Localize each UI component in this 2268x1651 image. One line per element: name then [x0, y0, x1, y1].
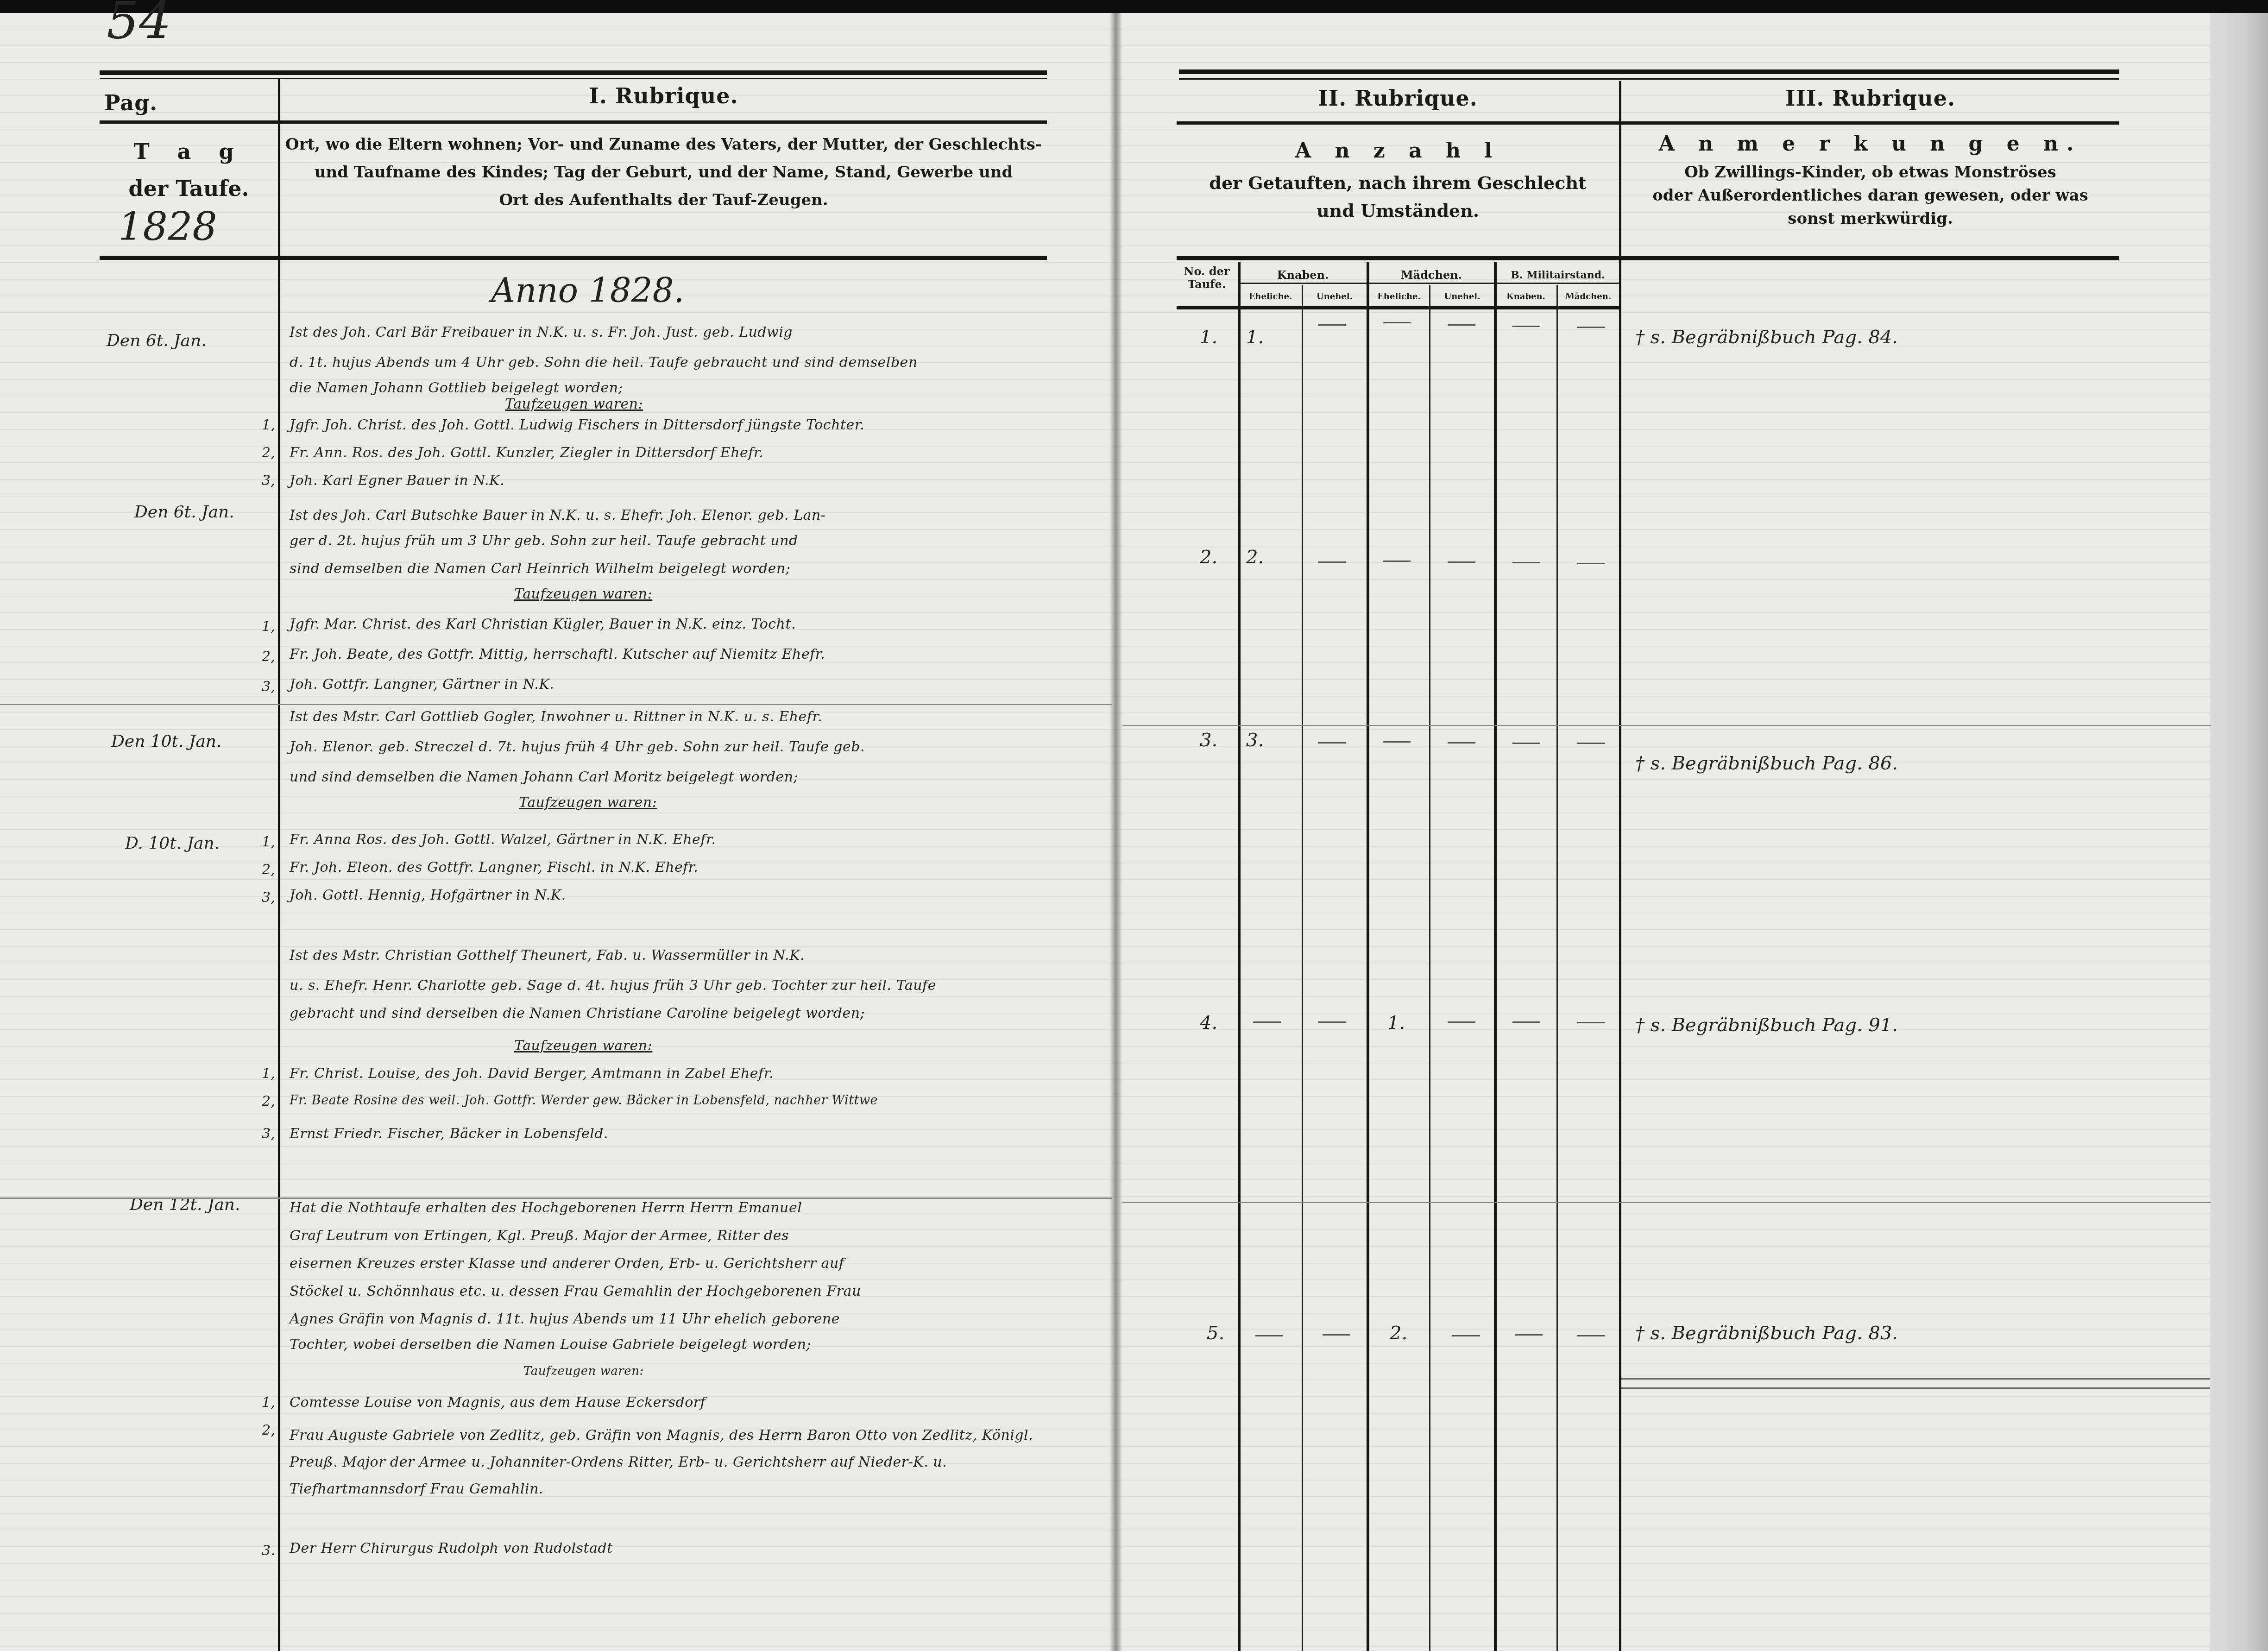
header-top-rule-thin	[100, 78, 1047, 79]
rubrique-1-desc-line1: Ort, wo die Eltern wohnen; Vor- und Zuna…	[280, 132, 1047, 157]
empty-dash	[1318, 561, 1346, 563]
rubrique-2-desc-line1: A n z a h l	[1177, 139, 1619, 163]
header-bottom-rule	[100, 256, 1047, 260]
witness-text: Fr. Anna Ros. des Joh. Gottl. Walzel, Gä…	[290, 832, 716, 848]
entry-text-line: ger d. 2t. hujus früh um 3 Uhr geb. Sohn…	[290, 533, 798, 549]
witness-number: 3,	[262, 473, 276, 489]
witness-number: 2,	[262, 649, 276, 665]
rubrique-2-title: II. Rubrique.	[1177, 86, 1619, 111]
entry-text-line: gebracht und sind derselben die Namen Ch…	[290, 1005, 865, 1021]
empty-dash	[1577, 327, 1605, 328]
empty-dash	[1323, 1334, 1350, 1336]
rubrique-1-desc-line2: und Taufname des Kindes; Tag der Geburt,…	[280, 160, 1047, 185]
empty-dash	[1448, 561, 1475, 563]
witness-heading: Taufzeugen waren:	[514, 1038, 652, 1054]
entry-text-line: und sind demselben die Namen Johann Carl…	[290, 769, 798, 785]
empty-dash	[1318, 742, 1346, 744]
rubrique-2-desc-line2: der Getauften, nach ihrem Geschlecht	[1177, 170, 1619, 195]
witness-text: Comtesse Louise von Magnis, aus dem Haus…	[290, 1394, 706, 1411]
row-separator	[1621, 1378, 2210, 1380]
row-separator	[1621, 1387, 2210, 1389]
witness-number: 2,	[262, 445, 276, 461]
rubrique-3-desc-line4: sonst merkwürdig.	[1621, 206, 2119, 231]
subheader-rule	[1239, 283, 1619, 284]
empty-dash	[1515, 1334, 1543, 1336]
empty-dash	[1512, 562, 1540, 563]
book-gutter	[1109, 13, 1122, 1651]
baptism-number: 2.	[1200, 547, 1217, 568]
rubrique-3-desc-line2: Ob Zwillings-Kinder, ob etwas Monströses	[1621, 160, 2119, 185]
row-separator	[1122, 725, 2211, 726]
entry-text-line: eisernen Kreuzes erster Klasse und ander…	[290, 1255, 844, 1272]
empty-dash	[1318, 324, 1346, 326]
maedchen-eheliche-count: 2.	[1390, 1323, 1407, 1344]
empty-dash	[1253, 1021, 1281, 1023]
col-divider	[1367, 262, 1369, 1651]
remark: † s. Begräbnißbuch Pag. 84.	[1635, 327, 1898, 348]
remark: † s. Begräbnißbuch Pag. 91.	[1635, 1015, 1898, 1036]
col-maedchen: Mädchen.	[1369, 269, 1494, 282]
empty-dash	[1512, 1021, 1540, 1023]
count-header-bottom-rule	[1177, 306, 1619, 309]
witness-number: 3,	[262, 1126, 276, 1142]
row-separator	[0, 1197, 1112, 1199]
witness-heading: Taufzeugen waren:	[523, 1364, 644, 1378]
anno-heading: Anno 1828.	[491, 271, 684, 310]
col-divider	[1238, 262, 1241, 1651]
witness-text: Joh. Gottfr. Langner, Gärtner in N.K.	[290, 676, 554, 693]
col-mil-knaben: Knaben.	[1495, 292, 1556, 302]
col-knaben: Knaben.	[1239, 269, 1367, 282]
baptism-number: 4.	[1200, 1012, 1217, 1033]
empty-dash	[1512, 326, 1540, 327]
empty-dash	[1255, 1335, 1283, 1336]
row-separator	[0, 704, 1112, 705]
header-bottom-rule	[1177, 256, 2119, 260]
der-taufe-label: der Taufe.	[100, 176, 278, 201]
empty-dash	[1512, 743, 1540, 744]
col-knaben-eheliche: Eheliche.	[1239, 292, 1302, 302]
witness-number: 2,	[262, 862, 276, 878]
remark: † s. Begräbnißbuch Pag. 83.	[1635, 1323, 1898, 1344]
witness-number: 3,	[262, 889, 276, 906]
witness-text: Jgfr. Mar. Christ. des Karl Christian Kü…	[290, 616, 796, 632]
entry-text-line: Joh. Elenor. geb. Streczel d. 7t. hujus …	[290, 739, 865, 755]
baptism-number: 5.	[1207, 1323, 1224, 1344]
rubrique-1-desc-line3: Ort des Aufenthalts der Tauf-Zeugen.	[280, 188, 1047, 213]
page-edge	[2210, 13, 2268, 1651]
entry-text-line: Hat die Nothtaufe erhalten des Hochgebor…	[290, 1200, 802, 1216]
empty-dash	[1318, 1021, 1346, 1023]
entry-date: Den 10t. Jan.	[111, 732, 221, 751]
entry-text-line: Ist des Joh. Carl Bär Freibauer in N.K. …	[290, 324, 793, 340]
witness-text: Fr. Christ. Louise, des Joh. David Berge…	[290, 1065, 774, 1082]
entry-text-line: sind demselben die Namen Carl Heinrich W…	[290, 561, 790, 577]
empty-dash	[1452, 1335, 1480, 1336]
witness-text: Fr. Ann. Ros. des Joh. Gottl. Kunzler, Z…	[290, 445, 764, 461]
entry-text-line: Agnes Gräfin von Magnis d. 11t. hujus Ab…	[290, 1311, 840, 1327]
empty-dash	[1383, 741, 1411, 743]
entry-date: Den 6t. Jan.	[134, 503, 234, 522]
entry-date: D. 10t. Jan.	[125, 834, 220, 853]
col-mil-maedchen: Mädchen.	[1557, 292, 1619, 302]
witness-number: 3.	[262, 1543, 276, 1559]
entry-text-line: d. 1t. hujus Abends um 4 Uhr geb. Sohn d…	[290, 354, 918, 371]
witness-text: Fr. Beate Rosine des weil. Joh. Gottfr. …	[290, 1093, 878, 1108]
witness-text: Der Herr Chirurgus Rudolph von Rudolstad…	[290, 1540, 613, 1556]
pag-header: Pag.	[100, 90, 283, 115]
page-number: 54	[107, 0, 171, 50]
entry-date: Den 6t. Jan.	[107, 331, 207, 350]
col-divider	[1429, 285, 1430, 1651]
rubrique-3-divider	[1619, 81, 1621, 1651]
empty-dash	[1383, 561, 1411, 562]
baptism-number: 3.	[1200, 730, 1217, 751]
witness-text: Jgfr. Joh. Christ. des Joh. Gottl. Ludwi…	[290, 417, 864, 433]
witness-heading: Taufzeugen waren:	[505, 396, 643, 412]
rubrique-3-desc-line3: oder Außerordentliches daran gewesen, od…	[1621, 183, 2119, 208]
witness-heading: Taufzeugen waren:	[519, 794, 657, 811]
row-separator	[1122, 1202, 2211, 1203]
empty-dash	[1577, 563, 1605, 564]
empty-dash	[1448, 742, 1475, 744]
remark: † s. Begräbnißbuch Pag. 86.	[1635, 753, 1898, 774]
entry-text-line: Stöckel u. Schönnhaus etc. u. dessen Fra…	[290, 1283, 861, 1299]
witness-number: 1,	[262, 834, 276, 850]
entry-text-line: Ist des Joh. Carl Butschke Bauer in N.K.…	[290, 507, 825, 523]
witness-text: Fr. Joh. Eleon. des Gottfr. Langner, Fis…	[290, 859, 698, 876]
col-divider	[1556, 285, 1558, 1651]
col-divider	[1494, 262, 1497, 1651]
entry-text-line: Ist des Mstr. Christian Gotthelf Theuner…	[290, 947, 805, 964]
header-top-rule	[100, 70, 1047, 75]
witness-text: Joh. Gottl. Hennig, Hofgärtner in N.K.	[290, 887, 566, 903]
rubrique-3-desc-line1: A n m e r k u n g e n.	[1621, 132, 2119, 156]
witness-number: 3,	[262, 679, 276, 695]
witness-text: Fr. Joh. Beate, des Gottfr. Mittig, herr…	[290, 646, 825, 662]
empty-dash	[1577, 743, 1605, 744]
empty-dash	[1448, 1021, 1475, 1023]
col-knaben-unehel: Unehel.	[1303, 292, 1367, 302]
rubrique-3-title: III. Rubrique.	[1621, 86, 2119, 111]
entry-text-line: Ist des Mstr. Carl Gottlieb Gogler, Inwo…	[290, 709, 822, 725]
tag-label: T a g	[100, 139, 278, 164]
knaben-eheliche-count: 1.	[1246, 327, 1264, 348]
col-divider	[1302, 285, 1303, 1651]
col-militairstand: B. Militairstand.	[1495, 269, 1620, 282]
witness-number: 1,	[262, 618, 276, 635]
header-top-rule	[1179, 69, 2119, 74]
witness-number: 2,	[262, 1422, 276, 1438]
baptism-number: 1.	[1200, 327, 1217, 348]
maedchen-eheliche-count: 1.	[1387, 1012, 1405, 1033]
entry-text-line: die Namen Johann Gottlieb beigelegt word…	[290, 380, 623, 396]
entry-text-line: Graf Leutrum von Ertingen, Kgl. Preuß. M…	[290, 1228, 789, 1244]
pag-column-divider	[278, 79, 280, 1651]
empty-dash	[1448, 324, 1475, 326]
rubrique-2-desc-line3: und Umständen.	[1177, 198, 1619, 223]
knaben-eheliche-count: 2.	[1246, 547, 1264, 568]
empty-dash	[1577, 1335, 1605, 1336]
col-maedchen-unehel: Unehel.	[1430, 292, 1494, 302]
col-maedchen-eheliche: Eheliche.	[1369, 292, 1429, 302]
col-no-der-taufe: No. der Taufe.	[1177, 265, 1237, 291]
witness-text: Frau Auguste Gabriele von Zedlitz, geb. …	[290, 1422, 1040, 1503]
witness-number: 1,	[262, 1065, 276, 1082]
witness-text: Ernst Friedr. Fischer, Bäcker in Lobensf…	[290, 1126, 608, 1142]
entry-text-line: Tochter, wobei derselben die Namen Louis…	[290, 1336, 811, 1353]
scan-top-edge	[0, 0, 2268, 13]
witness-number: 1,	[262, 1394, 276, 1411]
witness-number: 1,	[262, 417, 276, 433]
witness-text: Joh. Karl Egner Bauer in N.K.	[290, 473, 504, 489]
rubrique-1-title: I. Rubrique.	[280, 83, 1047, 108]
witness-heading: Taufzeugen waren:	[514, 586, 652, 602]
empty-dash	[1577, 1022, 1605, 1023]
header-mid-rule	[100, 120, 1047, 124]
knaben-eheliche-count: 3.	[1246, 730, 1264, 751]
header-top-rule-thin	[1179, 78, 2119, 80]
entry-text-line: u. s. Ehefr. Henr. Charlotte geb. Sage d…	[290, 977, 936, 994]
witness-number: 2,	[262, 1093, 276, 1109]
header-mid-rule	[1177, 121, 2119, 125]
empty-dash	[1383, 322, 1411, 323]
register-year: 1828	[118, 204, 217, 249]
